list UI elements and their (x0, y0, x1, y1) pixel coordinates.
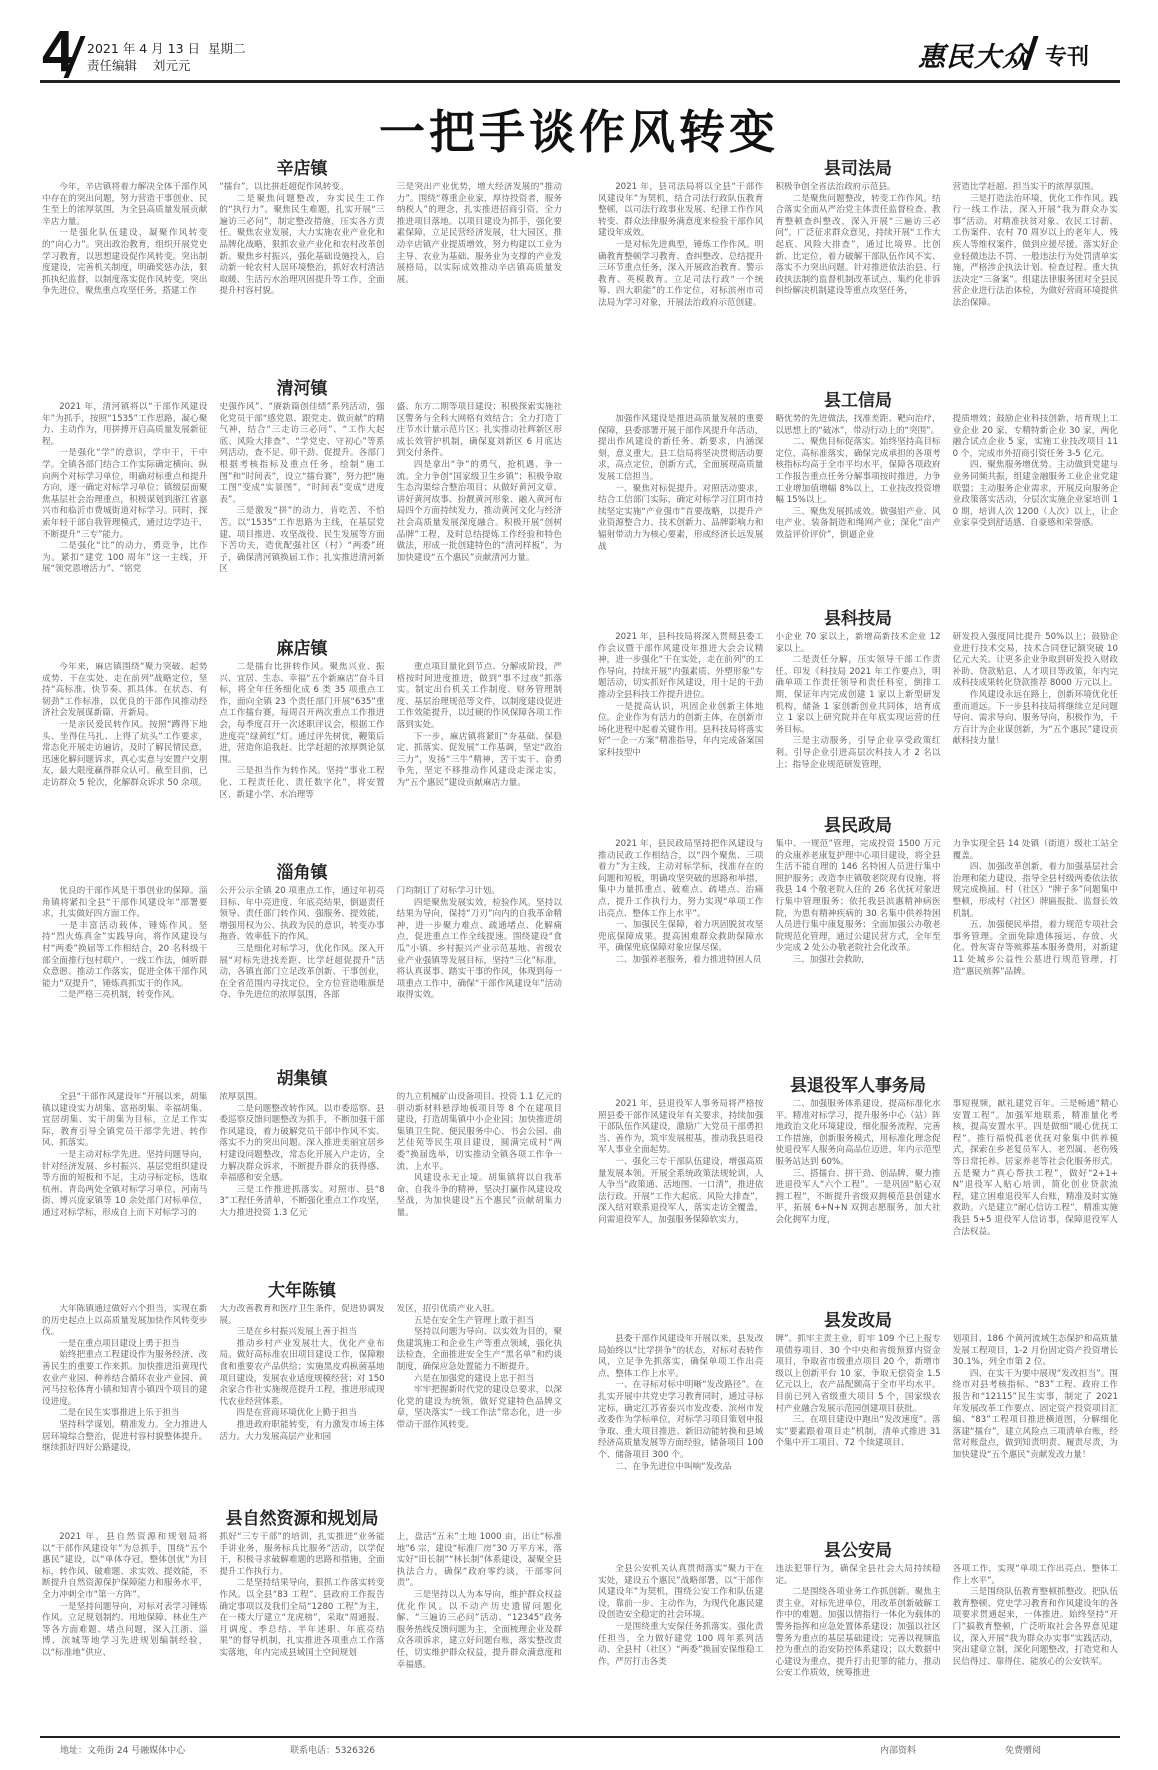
article-text: 四是拿出“争”的勇气，抢机遇、争一流。全力争创“国家级卫生乡镇”；积极争取生态沟… (397, 460, 562, 564)
article-text: 一是围绕重大安保任务抓落实。强化责任担当，全力做好建党 100 周年系列活动、全… (598, 1622, 763, 1668)
article-text: 一、加强民生保障，着力巩固脱贫攻坚兜底保障成果。提高困难群众救助保障水平，确保兜… (598, 920, 763, 955)
article-column: 今年来，麻店镇围绕“聚力突破、起势成势、干在实处、走在前列”战略定位，坚持“高标… (42, 662, 207, 827)
article-column: 划项目、186 个黄河流域生态保护和高质量发展工程项目，1-2 月份固定资产投资… (953, 1334, 1118, 1504)
article-natural-resources: 县自然资源和规划局 2021 年，县自然资源和规划局将以“干部作风建设年”为总抓… (42, 1508, 562, 1728)
article-text: 四是聚焦发展实效，检验作风。坚持以结果为导向，保持“刀刃”向内的自我革命精神，进… (397, 898, 562, 1002)
article-column: 2021 年，清河镇将以“干部作风建设年”为抓手，按照“1535”工作思路，凝心… (42, 402, 207, 617)
article-text: 上，盘活“五未”土地 1000 亩，出让“标准地”6 宗，建设“标准厂房”30 … (397, 1532, 562, 1590)
article-text: 研发投入强度同比提升 50%以上；鼓励企业进行技术交易，技术合同登记额突破 10… (953, 632, 1118, 690)
article-column: 积极争创全省法治政府示范县。二是聚焦问题整改，转变工作作风。结合落实全面从严治党… (775, 182, 940, 362)
article-text: 三是担当作为转作风。坚持“事业工程化、工程责任化、责任数字化”，将安置区、新建小… (219, 766, 384, 801)
article-text: 四、聚焦服务增优势。主动做到党建与业务同频共振，组建金融服务工业企业党建联盟；主… (953, 460, 1118, 530)
article-text: 营造比学赶超、担当实干的浓厚氛围。 (953, 182, 1118, 194)
article-text: 的九立机械矿山设备项目、投资 1.1 亿元的骈动新材料悬浮地板项目等 8 个在建… (397, 1092, 562, 1173)
article-text: 一是对标先进典型，锤炼工作作风。明确教育整顿学习教育、查纠整改、总结提升三环节重… (598, 240, 763, 310)
article-text: 作风建设永远在路上，创新环境优化任重而道远。下一步县科技局将继续立足问题导向、需… (953, 690, 1118, 748)
article-column: 优良的干部作风是干事创业的保障。淄角镇将紧扣全县“干部作风建设年”部署要求，扎实… (42, 886, 207, 1056)
article-text: 2021 年，县民政局坚持把作风建设与推动民政工作相结合，以“四个聚焦、三项着力… (598, 839, 763, 920)
article-column: 门均制订了对标学习计划。四是聚焦发展实效，检验作风。坚持以结果为导向，保持“刀刃… (397, 886, 562, 1056)
article-text: 牌”。抓牢主责主业，盯牢 109 个已上报专项债券项目、30 个中央和省级预算内… (775, 1334, 940, 1415)
article-text: 三是细化对标学习，优化作风。深入开展“对标先进找差距、比学赶超促提升”活动，各镇… (219, 944, 384, 1002)
article-column: 营造比学赶超、担当实干的浓厚氛围。三是打造法治环境，优化工作作风。践行一线工作法… (953, 182, 1118, 362)
article-text: 二是聚焦问题整改，夯实民生工作的“执行力”。聚焦民生难题，扎实开展“三遍访三必问… (219, 194, 384, 298)
article-text: 2021 年，县自然资源和规划局将以“干部作风建设年”为总抓手，围绕“五个惠民”… (42, 1532, 207, 1602)
article-text: 2021 年，县科技局将深入贯彻县委工作会议暨干部作风建设年推进大会会议精神，进… (598, 632, 763, 702)
article-text: 全县“干部作风建设年”开展以来，胡集镇以建设实力胡集、富裕胡集、幸福胡集、宜居胡… (42, 1092, 207, 1150)
article-column: 二是擂台比拼转作风。聚焦兴业、振兴、宜居、生态、幸福“五个新麻店”奋斗目标，将全… (219, 662, 384, 827)
article-text: 2021 年，清河镇将以“干部作风建设年”为抓手，按照“1535”工作思路，凝心… (42, 402, 207, 448)
section-label: 专刊 (1045, 40, 1089, 71)
article-column: 牌”。抓牢主责主业，盯牢 109 个已上报专项债券项目、30 个中央和省级预算内… (775, 1334, 940, 1504)
article-development-reform-bureau: 县发改局 县委干部作风建设年开展以来，县发改局始终以“比学拼争”的状态，对标对表… (598, 1310, 1118, 1510)
article-text: 三、搭擂台、拼干劲、创品牌，聚力推进退役军人“六个工程”。一是巩固“贴心双拥工程… (775, 1169, 940, 1227)
article-text: 四、加强改革创新，着力加强基层社会治理和能力建设，指导全县村级两委依法依规完成换… (953, 862, 1118, 920)
article-text: 坚持科学谋划，精准发力。全力推进人居环境综合整治，促进村容村貌整体提升。继续抓好… (42, 1420, 207, 1455)
article-text: 坚持以问题为导向、以实效为目的，聚焦建筑施工和企业生产等重点领域，强化执法检查，… (397, 1327, 562, 1373)
article-text: 大力改善教育和医疗卫生条件，促进协调发展。 (219, 1304, 384, 1327)
article-madian: 麻店镇 今年来，麻店镇围绕“聚力突破、起势成势、干在实处、走在前列”战略定位，坚… (42, 638, 562, 833)
article-text: 三是围绕队伍教育整顿抓整改。把队伍教育整顿、党史学习教育和作风建设年的各项要求贯… (953, 1587, 1118, 1668)
article-column: 发区，招引优质产业入驻。五是在安全生产管理上敢于担当坚持以问题为导向、以实效为目… (397, 1304, 562, 1484)
article-text: 二是严格三亮机制，转变作风。 (42, 990, 207, 1002)
article-text: 略优势的先进做法，找准差距、靶向治疗，以思想上的“破冰”，带动行动上的“突围”。 (775, 414, 940, 437)
article-column: 县委干部作风建设年开展以来，县发改局始终以“比学拼争”的状态，对标对表转作风，立… (598, 1334, 763, 1504)
article-text: 三是激发“拼”的动力，肯吃苦、不怕苦。以“1535”工作思路为主线，在基层党建、… (219, 506, 384, 576)
article-title: 淄角镇 (42, 862, 562, 884)
issue-meta: 2021 年 4 月 13 日 星期二 责任编辑 刘元元 (87, 40, 245, 74)
article-title: 麻店镇 (42, 638, 562, 660)
article-column: 盛、东方二期等项目建设；积极探索实施社区警务与全科大网格有效结合；全力打造丁庄节… (397, 402, 562, 617)
footer-internal-note: 内部资料 (880, 1743, 916, 1756)
article-text: 优良的干部作风是干事创业的保障。淄角镇将紧扣全县“干部作风建设年”部署要求，扎实… (42, 886, 207, 921)
article-title: 县公安局 (598, 1540, 1118, 1562)
article-text: 浓厚氛围。 (219, 1092, 384, 1104)
article-text: 三是主动服务，引导企业享受政策红利。引导企业引进高层次科技人才 2 名以上；指导… (775, 736, 940, 771)
article-text: 推动乡村产业发展壮大，优化产业布局。做好高标准农田项目建设工作，保障粮食和重要农… (219, 1339, 384, 1409)
article-text: 二是围绕各项业务工作抓创新。聚焦主责主业，对标先进单位，用改革创新破解工作中的难… (775, 1587, 940, 1680)
article-column: 事短视频，献礼建党百年。三是畅通“精心安置工程”。加强军地联系，精准量化考核，提… (953, 1099, 1118, 1274)
article-text: 县委干部作风建设年开展以来，县发改局始终以“比学拼争”的状态，对标对表转作风，立… (598, 1334, 763, 1380)
article-zijiao: 淄角镇 优良的干部作风是干事创业的保障。淄角镇将紧扣全县“干部作风建设年”部署要… (42, 862, 562, 1062)
article-science-tech-bureau: 县科技局 2021 年，县科技局将深入贯彻县委工作会议暨干部作风建设年推进大会会… (598, 608, 1118, 798)
article-text: 四是在营商环境优化上勤于担当 (219, 1408, 384, 1420)
article-text: 各项工作，实现“单项工作出亮点、整体工作上水平”。 (953, 1564, 1118, 1587)
article-column: 公开公示全镇 20 项重点工作，通过年初亮目标、年中亮进度、年底亮结果，倒逼责任… (219, 886, 384, 1056)
article-text: 一是坚持问题导向，对标对表学习锤炼作风。立足规划制约、用地保障、林业生产等各方面… (42, 1602, 207, 1660)
article-title: 清河镇 (42, 378, 562, 400)
article-text: 今年来，麻店镇围绕“聚力突破、起势成势、干在实处、走在前列”战略定位，坚持“高标… (42, 662, 207, 720)
article-text: 今年，辛店镇将着力解决全体干部作风中存在的突出问题，努力营造干事创业、民生至上的… (42, 182, 207, 228)
article-text: 史强作风”、“赓新篇创佳绩”系列活动，强化党员干部“感党恩、跟党走、做贡献”的精… (219, 402, 384, 506)
editor-credit: 责任编辑 刘元元 (87, 57, 245, 74)
article-text: 小企业 70 家以上，新增高新技术企业 12 家以上。 (775, 632, 940, 655)
article-column: 提质增效；鼓励企业科技创新，培育规上工业企业 20 家，专精特新企业 30 家，… (953, 414, 1118, 594)
article-text: 二、加强养老服务，着力推进特困人员 (598, 955, 763, 967)
article-text: 二、在争先进位中叫响“发改品 (598, 1462, 763, 1474)
article-text: 2021 年，县司法局将以全县“干部作风建设年”为契机，结合司法行政队伍教育整顿… (598, 182, 763, 240)
article-column: 2021 年，县司法局将以全县“干部作风建设年”为契机，结合司法行政队伍教育整顿… (598, 182, 763, 362)
article-huji: 胡集镇 全县“干部作风建设年”开展以来，胡集镇以建设实力胡集、富裕胡集、幸福胡集… (42, 1068, 562, 1268)
article-text: 三是在乡村振兴发展上善于担当 (219, 1327, 384, 1339)
article-column: 全县公安机关认真贯彻落实“聚力干在实处，建设五个惠民”战略部署，以“干部作风建设… (598, 1564, 763, 1724)
article-text: 2021 年，县退役军人事务局将严格按照县委干部作风建设年有关要求，持续加强干部… (598, 1099, 763, 1157)
article-column: 加强作风建设是推进高质量发展的重要保障，县委部署开展干部作风提升年活动，提出作风… (598, 414, 763, 594)
article-text: 事短视频，献礼建党百年。三是畅通“精心安置工程”。加强军地联系，精准量化考核，提… (953, 1099, 1118, 1238)
article-civil-affairs-bureau: 县民政局 2021 年，县民政局坚持把作风建设与推动民政工作相结合，以“四个聚焦… (598, 815, 1118, 1045)
article-title: 大年陈镇 (42, 1280, 562, 1302)
article-text: 盛、东方二期等项目建设；积极探索实施社区警务与全科大网格有效结合；全力打造丁庄节… (397, 402, 562, 460)
footer-free-note: 免费赠阅 (1005, 1743, 1041, 1756)
article-column: 各项工作，实现“单项工作出亮点、整体工作上水平”。三是围绕队伍教育整顿抓整改。把… (953, 1564, 1118, 1724)
article-text: 划项目、186 个黄河流域生态保护和高质量发展工程项目，1-2 月份固定资产投资… (953, 1334, 1118, 1369)
article-text: 二是强化“比”的动力，勇竞争，比作为。紧扣“建党 100 周年”这一主线，开展“… (42, 541, 207, 576)
article-daniancheng: 大年陈镇 大年陈镇通过做好六个担当，实现在新的历史起点上以高质量发展加快作风转变… (42, 1280, 562, 1490)
article-public-security-bureau: 县公安局 全县公安机关认真贯彻落实“聚力干在实处，建设五个惠民”战略部署，以“干… (598, 1540, 1118, 1730)
article-text: 一是提高认识，巩固企业创新主体地位。企业作为有活力的创新主体，在创新市场化进程中… (598, 702, 763, 760)
article-column: 全县“干部作风建设年”开展以来，胡集镇以建设实力胡集、富裕胡集、幸福胡集、宜居胡… (42, 1092, 207, 1262)
article-text: 提质增效；鼓励企业科技创新，培育规上工业企业 20 家，专精特新企业 30 家，… (953, 414, 1118, 460)
article-text: 三是突出产业优势，增大经济发展的“推动力”。围绕“尊重企业家，厚待投资者，服务纳… (397, 182, 562, 286)
article-text: 二是责任分解，压实领导干部工作责任。印发《科技局 2021 年工作要点》，明确单… (775, 655, 940, 736)
article-text: 一、在寻标对标中明晰“发改路径”。在扎实开展中共党史学习教育同时，通过寻标定标，… (598, 1380, 763, 1461)
article-column: 2021 年，县自然资源和规划局将以“干部作风建设年”为总抓手，围绕“五个惠民”… (42, 1532, 207, 1722)
article-column: 三是突出产业优势，增大经济发展的“推动力”。围绕“尊重企业家，厚待投资者，服务纳… (397, 182, 562, 298)
article-column: 2021 年，县科技局将深入贯彻县委工作会议暨干部作风建设年推进大会会议精神，进… (598, 632, 763, 792)
article-text: 二是聚焦问题整改，转变工作作风。结合落实全面从严治党主体责任监督检查、教育整顿查… (775, 194, 940, 298)
article-qinghe: 清河镇 2021 年，清河镇将以“干部作风建设年”为抓手，按照“1535”工作思… (42, 378, 562, 623)
article-text: 发区，招引优质产业入驻。 (397, 1304, 562, 1316)
article-text: 三、加强社会救助， (775, 955, 940, 967)
article-text: 风建设永无止境。胡集镇将以自我革命、自我斗争的精神，坚决打赢作风建设攻坚战，为加… (397, 1173, 562, 1219)
article-text: 一、聚焦对标促提升。对照活动要求，结合工信部门实际，确定对标学习江阴市持续坚定实… (598, 484, 763, 554)
issue-date: 2021 年 4 月 13 日 星期二 (87, 40, 245, 57)
newspaper-brand-logo: 惠民大众 (918, 35, 1030, 74)
article-column: 抓好“三专干部”的培训，扎实推进“业务能手讲业务，服务标兵比服务”活动，以学促干… (219, 1532, 384, 1722)
article-column: 今年，辛店镇将着力解决全体干部作风中存在的突出问题，努力营造干事创业、民生至上的… (42, 182, 207, 298)
article-justice-bureau: 县司法局 2021 年，县司法局将以全县“干部作风建设年”为契机，结合司法行政队… (598, 158, 1118, 368)
article-column: 二、加强服务体系建设，提高标准化水平。精准对标学习，提升服务中心（站）阵地政治文… (775, 1099, 940, 1274)
article-text: 全县公安机关认真贯彻落实“聚力干在实处，建设五个惠民”战略部署，以“干部作风建设… (598, 1564, 763, 1622)
article-text: 三、聚焦发展抓成效。做强铝产业、风电产业、装备制造和绳网产业；深化“亩产效益评价… (775, 507, 940, 542)
article-title: 县发改局 (598, 1310, 1118, 1332)
article-column: 史强作风”、“赓新篇创佳绩”系列活动，强化党员干部“感党恩、跟党走、做贡献”的精… (219, 402, 384, 617)
article-column: 力争实现全县 14 处镇（街道）级社工站全覆盖。四、加强改革创新，着力加强基层社… (953, 839, 1118, 1039)
article-text: 公开公示全镇 20 项重点工作，通过年初亮目标、年中亮进度、年底亮结果，倒逼责任… (219, 886, 384, 944)
article-column: 2021 年，县民政局坚持把作风建设与推动民政工作相结合，以“四个聚焦、三项着力… (598, 839, 763, 1039)
article-industry-it-bureau: 县工信局 加强作风建设是推进高质量发展的重要保障，县委部署开展干部作风提升年活动… (598, 390, 1118, 600)
article-text: “擂台”，以比拼赶超促作风转变。 (219, 182, 384, 194)
article-title: 县科技局 (598, 608, 1118, 630)
page-headline: 一把手谈作风转变 (0, 96, 1158, 162)
article-text: 一是在重点项目建设上勇于担当 (42, 1339, 207, 1351)
article-text: 二、聚焦目标促落实。始终坚持高目标定位，高标准落实，确保完成承担的各项考核指标均… (775, 437, 940, 507)
article-text: 牢牢把握新时代党的建设总要求，以深化党的建设为统领，做好党建特色品牌文章，坚决落… (397, 1385, 562, 1431)
masthead-rule (40, 80, 1120, 83)
article-veterans-affairs-bureau: 县退役军人事务局 2021 年，县退役军人事务局将严格按照县委干部作风建设年有关… (598, 1075, 1118, 1280)
article-xindian: 辛店镇 今年，辛店镇将着力解决全体干部作风中存在的突出问题，努力营造干事创业、民… (42, 158, 562, 368)
article-text: 三是打造法治环境，优化工作作风。践行一线工作法，深入开展“我为群众办实事”活动。… (953, 194, 1118, 310)
article-text: 五是在安全生产管理上敢于担当 (397, 1316, 562, 1328)
article-text: 四、在实干为要中展现“发改担当”。围绕市对县考核指标、“83”工程、政府工作报告… (953, 1369, 1118, 1462)
article-text: 始终把重点工程建设作为服务经济、改善民生的重要工作来抓。加快推进沿黄现代农业产业… (42, 1350, 207, 1408)
article-text: 二是在民生实事推进上乐于担当 (42, 1408, 207, 1420)
article-column: 大年陈镇通过做好六个担当，实现在新的历史起点上以高质量发展加快作风转变步伐。一是… (42, 1304, 207, 1484)
article-column: 重点项目量化到节点、分解成阶段，严格按时间进度推进，做到“事不过夜”抓落实。制定… (397, 662, 562, 827)
article-column: 的九立机械矿山设备项目、投资 1.1 亿元的骈动新材料悬浮地板项目等 8 个在建… (397, 1092, 562, 1262)
masthead: 4 2021 年 4 月 13 日 星期二 责任编辑 刘元元 惠民大众 专刊 (0, 0, 1158, 80)
article-title: 县自然资源和规划局 (42, 1508, 562, 1530)
article-text: 一、强化三专干部队伍建设，增强高质量发展本领。开展全系统政策法规轮训，人人争当“… (598, 1157, 763, 1227)
article-title: 辛店镇 (42, 158, 562, 180)
article-column: 集中、一规范”管理，完成投资 1500 万元的众康养老康复护理中心项目建设，将全… (775, 839, 940, 1039)
article-column: 略优势的先进做法，找准差距、靶向治疗，以思想上的“破冰”，带动行动上的“突围”。… (775, 414, 940, 594)
article-column: 违法犯罪行为，确保全县社会大局持续稳定。二是围绕各项业务工作抓创新。聚焦主责主业… (775, 1564, 940, 1724)
article-text: 一是亲民爱民转作风。按照“蹲得下地头、坐得住马扎、上得了炕头”工作要求，常态化开… (42, 720, 207, 790)
article-title: 胡集镇 (42, 1068, 562, 1090)
article-column: 2021 年，县退役军人事务局将严格按照县委干部作风建设年有关要求，持续加强干部… (598, 1099, 763, 1274)
article-text: 一是强化“学”的意识，学中干，干中学。全镇各部门结合工作实际确定横向、纵向两个对… (42, 448, 207, 541)
article-text: 加强作风建设是推进高质量发展的重要保障，县委部署开展干部作风提升年活动，提出作风… (598, 414, 763, 484)
article-text: 三是工作推进抓落实。对照市、县“83”工程任务清单，不断强化重点工作攻坚，大力推… (219, 1185, 384, 1220)
article-column: 大力改善教育和医疗卫生条件，促进协调发展。三是在乡村振兴发展上善于担当推动乡村产… (219, 1304, 384, 1484)
article-text: 二是问题整改转作风。以市委巡察、县委巡察反馈问题整改为抓手，不断加强干部作风建设… (219, 1104, 384, 1185)
footer-address: 地址：文苑街 24 号融媒体中心 (60, 1743, 185, 1756)
article-text: 六是在加强党的建设上忠于担当 (397, 1374, 562, 1386)
article-text: 重点项目量化到节点、分解成阶段，严格按时间进度推进，做到“事不过夜”抓落实。制定… (397, 662, 562, 732)
article-text: 推进政府职能转变，有力激发市场主体活力。大力发展高层产业和园 (219, 1420, 384, 1443)
article-text: 积极争创全省法治政府示范县。 (775, 182, 940, 194)
article-text: 二是擂台比拼转作风。聚焦兴业、振兴、宜居、生态、幸福“五个新麻店”奋斗目标，将全… (219, 662, 384, 766)
article-text: 违法犯罪行为，确保全县社会大局持续稳定。 (775, 1564, 940, 1587)
article-text: 五、加强便民举措，着力规范专项社会事务管理。全面免除遗体接运、存放、火化、骨灰寄… (953, 920, 1118, 978)
article-column: “擂台”，以比拼赶超促作风转变。二是聚焦问题整改，夯实民生工作的“执行力”。聚焦… (219, 182, 384, 298)
footer-phone: 联系电话：5326326 (290, 1743, 375, 1756)
article-title: 县司法局 (598, 158, 1118, 180)
article-text: 集中、一规范”管理，完成投资 1500 万元的众康养老康复护理中心项目建设，将全… (775, 839, 940, 955)
article-text: 二、加强服务体系建设，提高标准化水平。精准对标学习，提升服务中心（站）阵地政治文… (775, 1099, 940, 1169)
article-text: 下一步，麻店镇将紧盯“夯基础、保稳定、抓落实、促发展”工作基调，坚定“政治三力”… (397, 732, 562, 790)
article-text: 三是坚持以人为本导向，维护群众权益优化作风。以不动产历史遗留问题化解、“三遍访三… (397, 1590, 562, 1671)
article-text: 二是坚持结果导向，狠抓工作落实转变作风。以全县“83 工程”、县政府工作报告确定… (219, 1578, 384, 1659)
article-column: 研发投入强度同比提升 50%以上；鼓励企业进行技术交易，技术合同登记额突破 10… (953, 632, 1118, 792)
footer-rule (40, 1736, 1120, 1738)
article-text: 一是丰富活动载体，锤炼作风。坚持“烈火炼真金”实践导向，将作风建设与村“两委”换… (42, 921, 207, 991)
article-column: 浓厚氛围。二是问题整改转作风。以市委巡察、县委巡察反馈问题整改为抓手，不断加强干… (219, 1092, 384, 1262)
article-text: 一是主动对标学先进。坚持问题导向，针对经济发展、乡村振兴、基层党组织建设等方面的… (42, 1150, 207, 1220)
article-title: 县民政局 (598, 815, 1118, 837)
article-text: 三、在项目建设中跑出“发改速度”。落实“要素跟着项目走”机制，清单式推进 31 … (775, 1415, 940, 1450)
article-column: 小企业 70 家以上，新增高新技术企业 12 家以上。二是责任分解，压实领导干部… (775, 632, 940, 792)
article-text: 门均制订了对标学习计划。 (397, 886, 562, 898)
article-text: 抓好“三专干部”的培训，扎实推进“业务能手讲业务，服务标兵比服务”活动，以学促干… (219, 1532, 384, 1578)
article-title: 县退役军人事务局 (598, 1075, 1118, 1097)
article-title: 县工信局 (598, 390, 1118, 412)
article-column: 上，盘活“五未”土地 1000 亩，出让“标准地”6 宗，建设“标准厂房”30 … (397, 1532, 562, 1722)
article-text: 力争实现全县 14 处镇（街道）级社工站全覆盖。 (953, 839, 1118, 862)
article-text: 大年陈镇通过做好六个担当，实现在新的历史起点上以高质量发展加快作风转变步伐。 (42, 1304, 207, 1339)
article-text: 一是强化队伍建设，凝聚作风转变的“向心力”。突出政治教育，组织开展党史学习教育，… (42, 228, 207, 298)
